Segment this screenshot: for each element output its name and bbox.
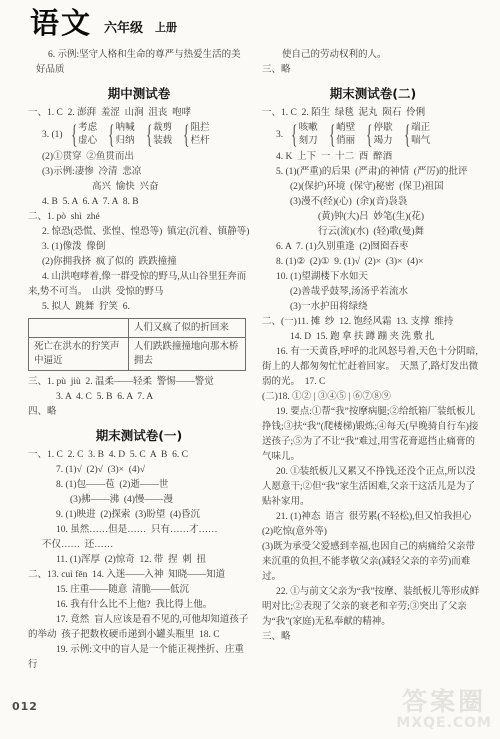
answer-line: 7. (1)√ (2)√ (3)× (4)√: [28, 463, 250, 478]
watermark: 答案圈 MXQE.COM: [396, 688, 492, 732]
answer-line: 22. ①与前文父亲为“我”按摩、装纸板儿等形成鲜明对比;②表现了父亲的衰老和辛…: [262, 585, 484, 630]
pair-word: 栏杆: [191, 135, 210, 148]
grade-label: 六年级: [104, 17, 143, 38]
answer-line: 四、略: [28, 405, 250, 420]
pair-word: 归纳: [116, 135, 135, 148]
pair-word: 装载: [153, 135, 172, 148]
pair-word: 咳嗽: [299, 122, 318, 135]
answer-line: 20. ①装纸板儿又累又不挣钱,还没个正点,所以没人愿意干;②但“我”家生活困难…: [262, 465, 484, 510]
answer-line: 10. 虽然……但是…… 只有……才……: [28, 523, 250, 538]
book-header: 语文 六年级 上册: [0, 0, 500, 38]
watermark-brand-logo: 答案圈: [396, 688, 492, 716]
pair-word: 竭力: [374, 135, 393, 148]
pair-group: {呐喊归纳: [105, 122, 135, 148]
pair-stack: 端正喘气: [411, 122, 430, 148]
page-number: 012: [12, 700, 38, 713]
answer-line: (3)漫不(经)(心) (余)(音)袅袅: [262, 195, 484, 210]
answer-line: 二、(一)11. 摊 纱 12. 饱经风霜 13. 支撑 维持: [262, 315, 484, 330]
pair-group: {峭壁俏丽: [326, 122, 356, 148]
answer-line: 16. 我有什么比不上他? 我比得上他。: [28, 598, 250, 613]
answer-line: 15. 庄重——随意 清脆——低沉: [28, 583, 250, 598]
pair-group: {停歇竭力: [363, 122, 393, 148]
answer-line: 二、1. pò shì zhé: [28, 210, 250, 225]
brace-glyph: {: [329, 122, 335, 148]
answer-line: 4. B 5. A 6. A 7. A 8. B: [28, 195, 250, 210]
answer-line: 9. (1)映进 (2)探索 (3)盼望 (4)昏沉: [28, 508, 250, 523]
answer-line: 5. (1)(严重)的后果 (严肃)的神情 (严厉)的批评: [262, 165, 484, 180]
answer-line: (3)拂——沸 (4)慢——漫: [28, 493, 250, 508]
answer-line: (二)18. ①② | ③④⑤ | ⑥⑦⑧⑨: [262, 390, 484, 405]
answer-line: 4. K 上下 一 十二 酉 醉酒: [262, 150, 484, 165]
answer-line: 三、1. pù jiù 2. 温柔——轻柔 警惕——警觉: [28, 375, 250, 390]
volume-label: 上册: [155, 19, 177, 38]
pair-word: 端正: [411, 122, 430, 135]
answer-line: 8. (1)包——苞 (2)逝——世: [28, 478, 250, 493]
answer-line: 6. A 7. (1)久别重逢 (2)囫囵吞枣: [262, 240, 484, 255]
content-columns: 6. 示例:坚守人格和生命的尊严与热爱生活的美好品质期中测试卷一、1. C 2.…: [0, 38, 500, 673]
section-heading: 期末测试卷(二): [262, 86, 484, 101]
pair-stack: 考虑虚心: [78, 122, 97, 148]
pair-word: 停歇: [374, 122, 393, 135]
answer-line: 8. (1)② (2)① 9. (1)√ (2)× (3)× (4)×: [262, 255, 484, 270]
left-column: 6. 示例:坚守人格和生命的尊严与热爱生活的美好品质期中测试卷一、1. C 2.…: [28, 48, 250, 673]
answer-line: 5. 拟人 跳舞 狞笑 6.: [28, 300, 250, 315]
brace-glyph: {: [108, 122, 114, 148]
answer-line: 3. A 4. C 5. B 6. A 7. A: [28, 390, 250, 405]
section-heading: 期末测试卷(一): [28, 428, 250, 443]
right-column: 使自己的劳动权利的人。三、略期末测试卷(二)一、1. C 2. 陌生 绿毯 泥丸…: [262, 48, 484, 673]
answer-table: 人们又疯了似的折回来死亡在洪水的狞笑声中逼近人们跌跌撞撞地向那木桥拥去: [28, 318, 246, 371]
answer-line: 14. D 15. 跑 拿 扶 蹲 蹦 夹 洗 敷 扎: [262, 330, 484, 345]
answer-line: (2)你拥我挤 疯了似的 跌跌撞撞: [28, 255, 250, 270]
answer-line: 一、1. C 2. 陌生 绿毯 泥丸 陨石 伶俐: [262, 106, 484, 121]
answer-line: 4. 山洪咆哮着,像一群受惊的野马,从山谷里狂奔而来,势不可当。 山洪 受惊的野…: [28, 270, 250, 300]
pair-word: 刻刀: [299, 135, 318, 148]
answer-line: 不仅…… 还……: [28, 538, 250, 553]
section-heading: 期中测试卷: [28, 86, 250, 101]
pair-stack: 峭壁俏丽: [336, 122, 355, 148]
table-cell: [29, 319, 129, 338]
answer-line: (2)①贯穿 ②鱼贯而出: [28, 150, 250, 165]
watermark-site-url: MXQE.COM: [396, 715, 492, 731]
answer-line: 21. (1)神态 语言 很劳累(不轻松),但又怕我担心 (2)吃惊(意外等): [262, 510, 484, 540]
answer-line: 19. 示例:文中的盲人是一个能正视挫折、庄重行: [28, 643, 250, 673]
pair-word: 考虑: [78, 122, 97, 135]
brace-glyph: {: [71, 122, 77, 148]
pair-group: {阻拦栏杆: [180, 122, 210, 148]
table-row: 人们又疯了似的折回来: [29, 319, 246, 338]
pair-stack: 裁剪装载: [153, 122, 172, 148]
brace-glyph: {: [366, 122, 372, 148]
pair-word: 阻拦: [191, 122, 210, 135]
answer-line: 6. 示例:坚守人格和生命的尊严与热爱生活的美好品质: [28, 48, 250, 78]
answer-line: (2)善哉乎鼓琴,汤汤乎若流水: [262, 285, 484, 300]
pair-stack: 呐喊归纳: [116, 122, 135, 148]
answer-line: 一、1. C 2. 澎湃 羞涩 山涧 沮丧 咆哮: [28, 106, 250, 121]
pairs-label: 3.: [276, 128, 283, 143]
answer-line: (3)一水护田将绿绕: [262, 300, 484, 315]
table-cell: 死亡在洪水的狞笑声中逼近: [29, 338, 129, 371]
answer-line: (黄)钟(大)吕 妙笔(生)(花): [262, 210, 484, 225]
answer-line: 一、1. C 2. C 3. B 4. D 5. C A B 6. C: [28, 448, 250, 463]
answer-line: (2)(保护)环境 (保守)秘密 (保卫)祖国: [262, 180, 484, 195]
answer-line: 16. 有一天黄昏,呼呼的北风怒号着,天色十分阴暗,街上的人都匆匆忙忙赶着回家。…: [262, 345, 484, 390]
answer-line: 2. 惊恐(恐慌、张惶、惶恐等) 镇定(沉着、镇静等): [28, 225, 250, 240]
table-cell: 人们跌跌撞撞地向那木桥拥去: [128, 338, 245, 371]
pair-group: {咳嗽刻刀: [288, 122, 318, 148]
answer-line: 二、13. cuì fēn 14. 入迷——入神 知晓——知道: [28, 568, 250, 583]
pair-group: {裁剪装载: [143, 122, 173, 148]
brace-glyph: {: [404, 122, 410, 148]
pairs-label: 3. (1): [42, 128, 63, 143]
answer-line: 3. (1)像泼 像倒: [28, 240, 250, 255]
answer-line: 高兴 愉快 兴奋: [28, 180, 250, 195]
answer-line: 11. (1)浑厚 (2)惊奇 12. 带 捏 刺 扭: [28, 553, 250, 568]
pair-word: 裁剪: [153, 122, 172, 135]
pair-word: 呐喊: [116, 122, 135, 135]
answer-line: 10. (1)望湖楼下水如天: [262, 270, 484, 285]
answer-line: 19. 要点:①帮“我”按摩病腿;②给纸箱厂装纸板儿挣钱;③扶“我”(爬楼梯)锻…: [262, 405, 484, 465]
pair-word: 虚心: [78, 135, 97, 148]
pair-word: 峭壁: [336, 122, 355, 135]
pairs-row: 3. (1){考虑虚心{呐喊归纳{裁剪装载{阻拦栏杆: [28, 122, 250, 148]
pair-group: {端正喘气: [401, 122, 431, 148]
answer-line: (3)既为承受父爱感到幸福,也因自己的病痛给父亲带来沉重的负担,不能孝敬父亲(减…: [262, 540, 484, 585]
pair-stack: 咳嗽刻刀: [299, 122, 318, 148]
subject-logo: 语文: [30, 9, 92, 38]
answer-line: 三、略: [262, 63, 484, 78]
pair-stack: 阻拦栏杆: [191, 122, 210, 148]
answer-line: (3)示例:凄惨 冷清 悲凉: [28, 165, 250, 180]
pairs-row: 3.{咳嗽刻刀{峭壁俏丽{停歇竭力{端正喘气: [262, 122, 484, 148]
pair-word: 俏丽: [336, 135, 355, 148]
answer-line: 使自己的劳动权利的人。: [262, 48, 484, 63]
answer-line: 17. 竟然 盲人应该是看不见的,可他却知道孩子的举动 孩子把数枚硬币递到小罐头…: [28, 613, 250, 643]
answer-line: 行云(流)(水) (轻)歌(曼)舞: [262, 225, 484, 240]
table-row: 死亡在洪水的狞笑声中逼近人们跌跌撞撞地向那木桥拥去: [29, 338, 246, 371]
brace-glyph: {: [183, 122, 189, 148]
pair-word: 喘气: [411, 135, 430, 148]
table-cell: 人们又疯了似的折回来: [128, 319, 245, 338]
book-page: 语文 六年级 上册 6. 示例:坚守人格和生命的尊严与热爱生活的美好品质期中测试…: [0, 0, 500, 739]
pair-group: {考虑虚心: [68, 122, 98, 148]
brace-glyph: {: [146, 122, 152, 148]
answer-line: 三、略: [262, 630, 484, 645]
pair-stack: 停歇竭力: [374, 122, 393, 148]
brace-glyph: {: [291, 122, 297, 148]
